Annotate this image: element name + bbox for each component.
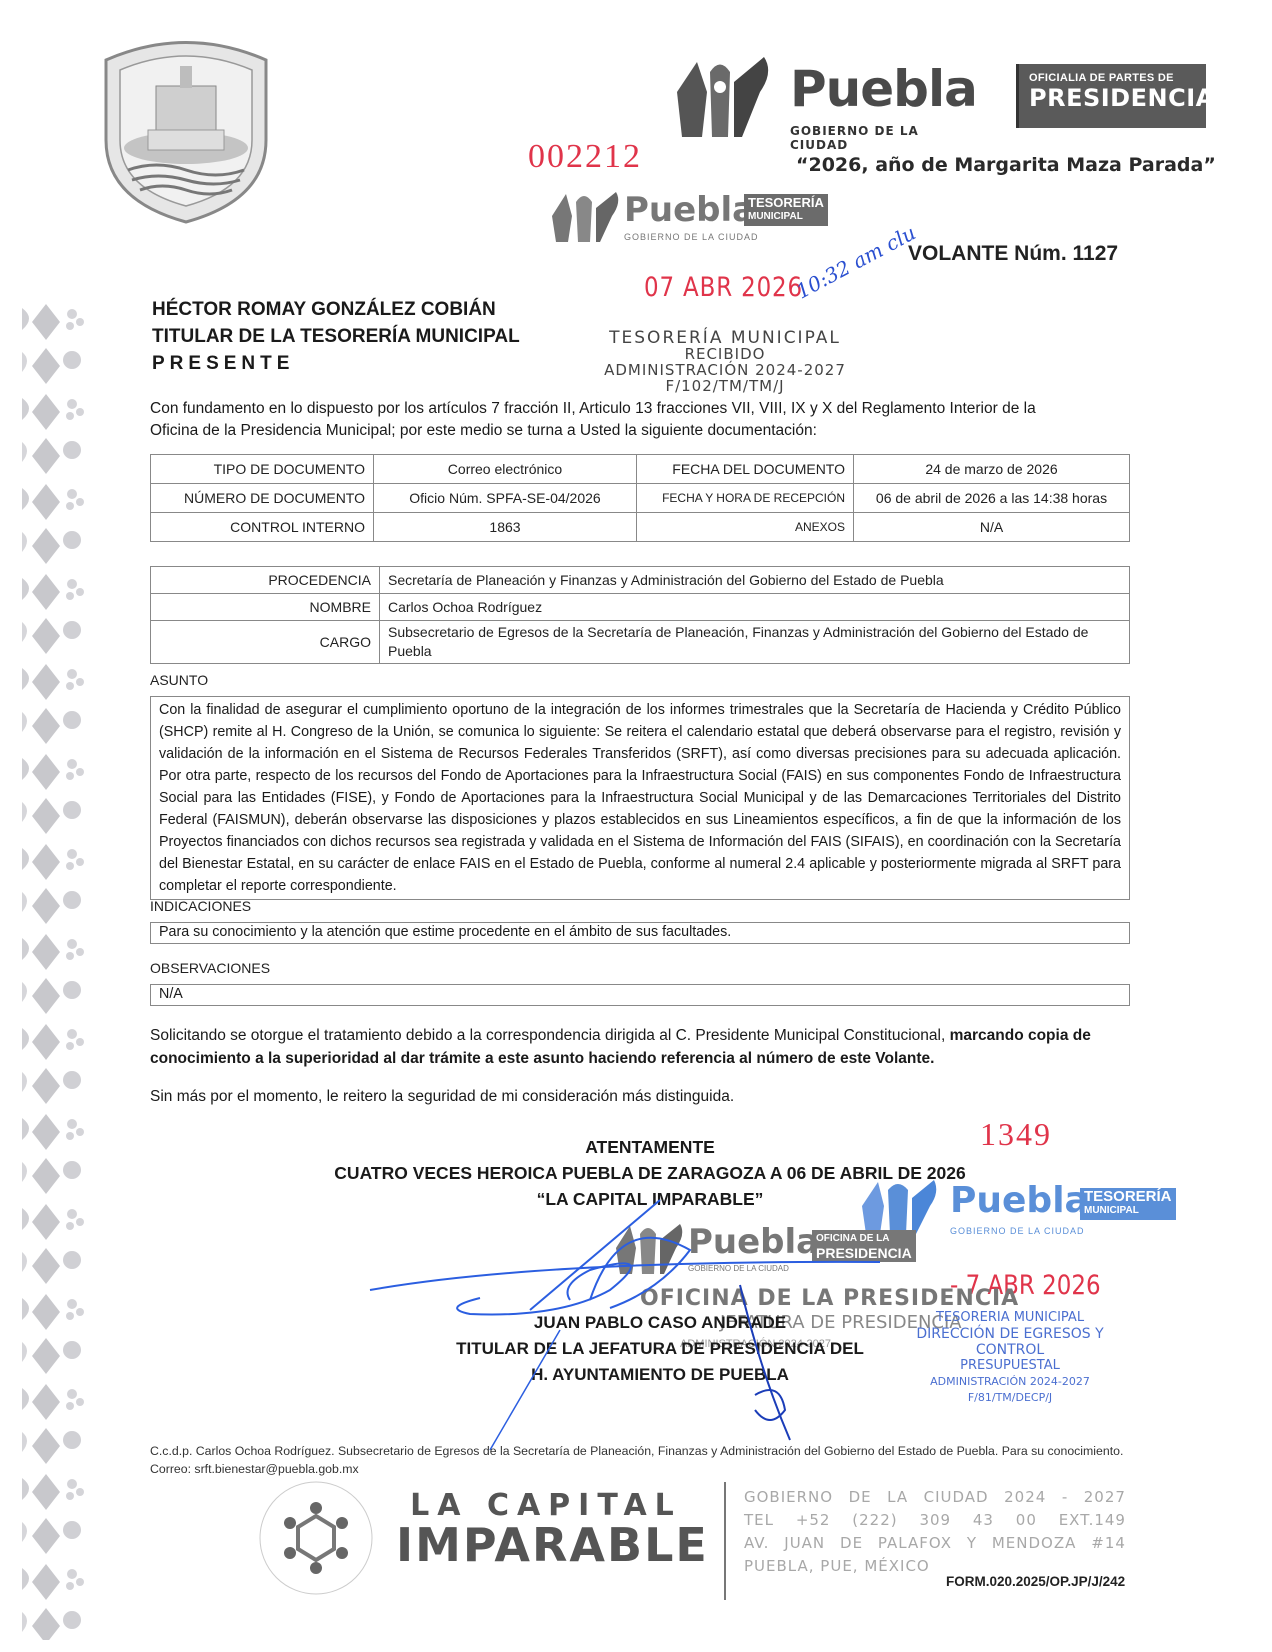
stamp-label-line1: TESORERÍA bbox=[748, 196, 824, 210]
presidencia-badge: OFICIALIA DE PARTES DE PRESIDENCIA bbox=[1016, 64, 1206, 128]
signer-title-2: H. AYUNTAMIENTO DE PUEBLA bbox=[380, 1362, 940, 1388]
table-row: NÚMERO DE DOCUMENTO Oficio Núm. SPFA-SE-… bbox=[151, 484, 1130, 513]
coat-of-arms bbox=[96, 30, 276, 226]
coat-of-arms-icon bbox=[96, 30, 276, 226]
label-cargo: CARGO bbox=[151, 621, 380, 664]
received-date-stamp: 07 ABR 2026 bbox=[644, 272, 803, 303]
red-stamp-number-top: 002212 bbox=[528, 138, 642, 176]
stamp-label-line2: PRESIDENCIA bbox=[816, 1246, 912, 1260]
red-stamp-number-bottom: 1349 bbox=[980, 1116, 1052, 1153]
addr-word: (222) bbox=[852, 1509, 897, 1532]
oficina-text-stamp: OFICINA DE LA PRESIDENCIA bbox=[640, 1286, 1019, 1311]
observaciones-text: N/A bbox=[150, 984, 1130, 1006]
addressee-name: HÉCTOR ROMAY GONZÁLEZ COBIÁN bbox=[152, 296, 520, 323]
value-tipo-documento: Correo electrónico bbox=[374, 455, 637, 484]
addr-word: Y bbox=[967, 1532, 977, 1555]
stamp-tesoreria-label: TESORERÍA MUNICIPAL bbox=[1080, 1188, 1176, 1220]
addr-word: DE bbox=[849, 1486, 872, 1509]
addr-word: DE bbox=[840, 1532, 863, 1555]
addr-word: 2027 bbox=[1084, 1486, 1126, 1509]
received-stamp-line2: RECIBIDO bbox=[560, 346, 890, 362]
addr-word: AV. bbox=[744, 1532, 769, 1555]
addressee-block: HÉCTOR ROMAY GONZÁLEZ COBIÁN TITULAR DE … bbox=[152, 296, 520, 377]
table-row: CARGO Subsecretario de Egresos de la Sec… bbox=[151, 621, 1130, 664]
equality-seal-icon bbox=[256, 1478, 376, 1598]
indicaciones-label: INDICACIONES bbox=[150, 898, 251, 914]
address-line-1: GOBIERNO DE LA CIUDAD 2024 - 2027 bbox=[744, 1486, 1126, 1509]
stamp-wordmark: Puebla bbox=[688, 1222, 819, 1262]
decorative-border bbox=[22, 300, 88, 1640]
city-emblem-icon bbox=[612, 1220, 692, 1276]
stamp-label-line2: MUNICIPAL bbox=[1084, 1204, 1172, 1218]
la-capital-imparable-logo: LA CAPITAL IMPARABLE bbox=[396, 1488, 696, 1567]
addr-word: EXT.149 bbox=[1059, 1509, 1126, 1532]
dir-line2: DIRECCIÓN DE EGRESOS Y CONTROL bbox=[880, 1326, 1140, 1358]
addr-word: PALAFOX bbox=[878, 1532, 952, 1555]
label-procedencia: PROCEDENCIA bbox=[151, 567, 380, 594]
addr-word: TEL bbox=[744, 1509, 774, 1532]
table-row: CONTROL INTERNO 1863 ANEXOS N/A bbox=[151, 513, 1130, 542]
label-numero-documento: NÚMERO DE DOCUMENTO bbox=[151, 484, 374, 513]
table-row: TIPO DE DOCUMENTO Correo electrónico FEC… bbox=[151, 455, 1130, 484]
direccion-egresos-stamp: TESORERIA MUNICIPAL DIRECCIÓN DE EGRESOS… bbox=[880, 1310, 1140, 1406]
volante-number: VOLANTE Núm. 1127 bbox=[908, 242, 1118, 266]
addr-word: JUAN bbox=[784, 1532, 825, 1555]
closing-text: Solicitando se otorgue el tratamiento de… bbox=[150, 1027, 950, 1044]
addr-word: 43 bbox=[973, 1509, 994, 1532]
addr-word: MENDOZA bbox=[992, 1532, 1077, 1555]
document-info-table: TIPO DE DOCUMENTO Correo electrónico FEC… bbox=[150, 454, 1130, 542]
value-nombre: Carlos Ochoa Rodríguez bbox=[380, 594, 1130, 621]
observaciones-label: OBSERVACIONES bbox=[150, 960, 270, 976]
indicaciones-text: Para su conocimiento y la atención que e… bbox=[150, 922, 1130, 944]
table-row: PROCEDENCIA Secretaría de Planeación y F… bbox=[151, 567, 1130, 594]
addr-word: +52 bbox=[796, 1509, 831, 1532]
dir-line3: PRESUPUESTAL bbox=[880, 1358, 1140, 1374]
value-anexos: N/A bbox=[854, 513, 1130, 542]
closing-paragraph: Solicitando se otorgue el tratamiento de… bbox=[150, 1024, 1130, 1070]
logo-wordmark: Puebla bbox=[790, 60, 977, 118]
value-numero-documento: Oficio Núm. SPFA-SE-04/2026 bbox=[374, 484, 637, 513]
addressee-title: TITULAR DE LA TESORERÍA MUNICIPAL bbox=[152, 323, 520, 350]
presidencia-badge-small: OFICIALIA DE PARTES DE bbox=[1029, 72, 1196, 84]
dir-line5: F/81/TM/DECP/J bbox=[880, 1390, 1140, 1406]
asunto-label: ASUNTO bbox=[150, 672, 208, 688]
stamp-sub: GOBIERNO DE LA CIUDAD bbox=[950, 1226, 1085, 1236]
intro-paragraph: Con fundamento en lo dispuesto por los a… bbox=[150, 398, 1080, 442]
year-slogan: “2026, año de Margarita Maza Parada” bbox=[796, 154, 1216, 176]
footer-divider bbox=[724, 1482, 726, 1600]
tesoreria-stamp-top: Puebla TESORERÍA MUNICIPAL GOBIERNO DE L… bbox=[548, 188, 888, 250]
stamp-sub: GOBIERNO DE LA CIUDAD bbox=[624, 232, 759, 242]
footer-address: GOBIERNO DE LA CIUDAD 2024 - 2027 TEL +5… bbox=[744, 1486, 1126, 1578]
signer-block: JUAN PABLO CASO ANDRADE TITULAR DE LA JE… bbox=[380, 1310, 940, 1388]
logo-subtitle: GOBIERNO DE LA CIUDAD bbox=[790, 124, 972, 152]
value-fecha-recepcion: 06 de abril de 2026 a las 14:38 horas bbox=[854, 484, 1130, 513]
presidencia-badge-big: PRESIDENCIA bbox=[1029, 84, 1196, 112]
value-fecha-documento: 24 de marzo de 2026 bbox=[854, 455, 1130, 484]
label-nombre: NOMBRE bbox=[151, 594, 380, 621]
addr-word: LA bbox=[887, 1486, 908, 1509]
addr-word: #14 bbox=[1091, 1532, 1126, 1555]
table-row: NOMBRE Carlos Ochoa Rodríguez bbox=[151, 594, 1130, 621]
dir-line4: ADMINISTRACIÓN 2024-2027 bbox=[880, 1374, 1140, 1390]
label-fecha-documento: FECHA DEL DOCUMENTO bbox=[637, 455, 854, 484]
addr-word: - bbox=[1062, 1486, 1068, 1509]
addr-word: GOBIERNO bbox=[744, 1486, 833, 1509]
city-emblem-icon bbox=[548, 188, 628, 244]
stamp-wordmark: Puebla bbox=[950, 1180, 1089, 1221]
received-stamp: TESORERÍA MUNICIPAL RECIBIDO ADMINISTRAC… bbox=[560, 330, 890, 394]
atentamente: ATENTAMENTE bbox=[250, 1134, 1050, 1160]
value-cargo: Subsecretario de Egresos de la Secretarí… bbox=[380, 621, 1130, 664]
addressee-presente: PRESENTE bbox=[152, 350, 520, 377]
received-stamp-line4: F/102/TM/TM/J bbox=[560, 378, 890, 394]
label-anexos: ANEXOS bbox=[637, 513, 854, 542]
signer-name: JUAN PABLO CASO ANDRADE bbox=[380, 1310, 940, 1336]
asunto-text: Con la finalidad de asegurar el cumplimi… bbox=[150, 696, 1130, 900]
addr-word: 2024 bbox=[1004, 1486, 1046, 1509]
stamp-label-line1: TESORERÍA bbox=[1084, 1190, 1172, 1204]
farewell-text: Sin más por el momento, le reitero la se… bbox=[150, 1088, 734, 1106]
oficina-presidencia-stamp: Puebla OFICINA DE LA PRESIDENCIA GOBIERN… bbox=[612, 1220, 952, 1280]
sender-info-table: PROCEDENCIA Secretaría de Planeación y F… bbox=[150, 566, 1130, 664]
value-procedencia: Secretaría de Planeación y Finanzas y Ad… bbox=[380, 567, 1130, 594]
received-stamp-line1: TESORERÍA MUNICIPAL bbox=[560, 330, 890, 346]
igualdad-laboral-seal bbox=[256, 1478, 376, 1598]
address-line-2: TEL +52 (222) 309 43 00 EXT.149 bbox=[744, 1509, 1126, 1532]
value-control-interno: 1863 bbox=[374, 513, 637, 542]
stamp-sub: GOBIERNO DE LA CIUDAD bbox=[688, 1264, 789, 1273]
form-code: FORM.020.2025/OP.JP/J/242 bbox=[946, 1574, 1125, 1589]
label-fecha-recepcion: FECHA Y HORA DE RECEPCIÓN bbox=[637, 484, 854, 513]
stamp-oficina-label: OFICINA DE LA PRESIDENCIA bbox=[812, 1230, 916, 1262]
stamp-tesoreria-label: TESORERÍA MUNICIPAL bbox=[744, 194, 828, 226]
addr-word: 00 bbox=[1016, 1509, 1037, 1532]
dir-line1: TESORERIA MUNICIPAL bbox=[880, 1310, 1140, 1326]
label-tipo-documento: TIPO DE DOCUMENTO bbox=[151, 455, 374, 484]
stamp-label-line1: OFICINA DE LA bbox=[816, 1232, 912, 1246]
address-line-3: AV. JUAN DE PALAFOX Y MENDOZA #14 bbox=[744, 1532, 1126, 1555]
puebla-logo: Puebla GOBIERNO DE LA CIUDAD bbox=[672, 52, 972, 144]
received-stamp-line3: ADMINISTRACIÓN 2024-2027 bbox=[560, 362, 890, 378]
city-emblem-icon bbox=[672, 52, 782, 142]
stamp-wordmark: Puebla bbox=[624, 190, 755, 230]
capital-line2: IMPARABLE bbox=[396, 1523, 696, 1567]
signer-title-1: TITULAR DE LA JEFATURA DE PRESIDENCIA DE… bbox=[380, 1336, 940, 1362]
addr-word: PUEBLA, PUE, MÉXICO bbox=[744, 1555, 930, 1578]
diamond-pattern-icon bbox=[22, 300, 88, 1640]
stamp-label-line2: MUNICIPAL bbox=[748, 210, 824, 224]
addr-word: 309 bbox=[919, 1509, 951, 1532]
addr-word: CIUDAD bbox=[924, 1486, 989, 1509]
label-control-interno: CONTROL INTERNO bbox=[151, 513, 374, 542]
ccp-note: C.c.d.p. Carlos Ochoa Rodríguez. Subsecr… bbox=[150, 1442, 1130, 1478]
